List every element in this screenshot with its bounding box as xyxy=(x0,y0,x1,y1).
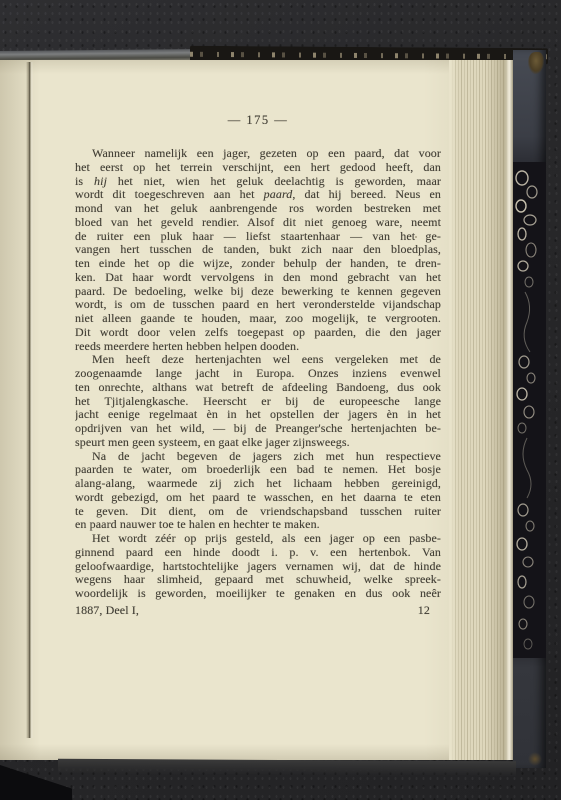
text-line: speurt men geen systeem, en gaat elke ja… xyxy=(75,436,441,450)
body-text: Wanneer namelijk een jager, gezeten op e… xyxy=(75,147,441,601)
text-line: geloofwaardige, hartstochtelijke jagers … xyxy=(75,560,441,574)
text-line: jacht eenige regelmaat èn in het opstell… xyxy=(75,408,441,422)
text-line: wordt gebezigd, om het paard te wasschen… xyxy=(75,491,441,505)
text-line: Men heeft deze hertenjachten wel eens ve… xyxy=(75,353,441,367)
text-line: wegens haar slimheid, gepaard met schuwh… xyxy=(75,573,441,587)
fore-edge-pages xyxy=(449,60,514,760)
text-line: woordelijk is geworden, moeilijker te ge… xyxy=(75,587,441,601)
text-line: niet alleen gaande te houden, maar, zoo … xyxy=(75,312,441,326)
text-line: het Tjitjalengkasche. Heerscht er bij de… xyxy=(75,395,441,409)
page-footer: 1887, Deel I, 12 xyxy=(75,603,441,617)
cover-corner-wear xyxy=(528,52,544,74)
text-line: mond van het geluk aanbrengende ros word… xyxy=(75,202,441,216)
signature-number: 12 xyxy=(418,603,430,617)
text-line: en paard nauwer toe te halen en hechter … xyxy=(75,518,441,532)
text-line: het eerst op het terrein verschijnt, een… xyxy=(75,161,441,175)
text-line: wordt dit toegeschreven aan het paard, d… xyxy=(75,188,441,202)
text-line: ginnend paard een hinde doodt i. p. v. e… xyxy=(75,546,441,560)
book-bottom-edge xyxy=(58,759,516,776)
marbled-pattern xyxy=(513,162,546,658)
text-line: te geven. Dit dient, om de vriendschapsb… xyxy=(75,505,441,519)
text-line: ten onrechte, althans wat betreft de afd… xyxy=(75,381,441,395)
printed-text-area: — 175 — Wanneer namelijk een jager, geze… xyxy=(75,113,441,617)
marbled-cover xyxy=(513,50,546,768)
text-line: Wanneer namelijk een jager, gezeten op e… xyxy=(75,147,441,161)
text-line: alang-alang, waarmede zij zich het licha… xyxy=(75,477,441,491)
text-line: zoogenaamde lange jacht in Europa. Onzes… xyxy=(75,367,441,381)
text-line: de ruiter een pluk haar — liefst staarte… xyxy=(75,230,441,244)
text-line: wordt, is om de tusschen paard en hert v… xyxy=(75,298,441,312)
text-line: is hij het niet, wien het geluk deelacht… xyxy=(75,175,441,189)
text-line: vangen hert tusschen de tanden, bukt zic… xyxy=(75,243,441,257)
volume-footnote: 1887, Deel I, xyxy=(75,603,139,617)
cover-corner-wear xyxy=(528,752,542,766)
gutter-crease xyxy=(26,62,33,738)
text-line: reeds meerdere herten hebben helpen dood… xyxy=(75,340,441,354)
text-line: Dit wordt door velen zelfs toegepast op … xyxy=(75,326,441,340)
text-line: Na de jacht begeven de jagers zich met h… xyxy=(75,450,441,464)
text-line: bloed van het geveld rendier. Alsof dit … xyxy=(75,216,441,230)
text-line: paard. De bedoeling, welke bij deze bewe… xyxy=(75,285,441,299)
text-line: Het wordt zéér op prijs gesteld, als een… xyxy=(75,532,441,546)
book-photo: — 175 — Wanneer namelijk een jager, geze… xyxy=(0,0,561,800)
text-line: paarden te water, om broederlijk een bad… xyxy=(75,463,441,477)
text-line: opdrijven van het wild, — bij de Preange… xyxy=(75,422,441,436)
text-line: ten einde het op die wijze, zonder behul… xyxy=(75,257,441,271)
page-number: — 175 — xyxy=(75,113,441,127)
text-line: ken. Dat haar wordt vervolgens in den mo… xyxy=(75,271,441,285)
